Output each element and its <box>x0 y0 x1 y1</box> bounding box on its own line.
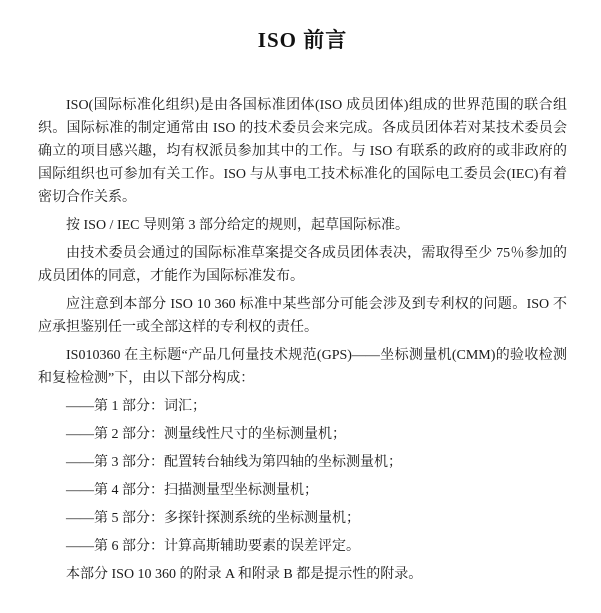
paragraph-series-main-title: IS010360 在主标题“产品几何量技术规范(GPS)——坐标测量机(CMM)… <box>38 344 567 390</box>
paragraph-iso-organization: ISO(国际标准化组织)是由各国标准团体(ISO 成员团体)组成的世界范围的联合… <box>38 94 567 209</box>
list-item-part-3: ——第 3 部分：配置转台轴线为第四轴的坐标测量机； <box>38 451 567 474</box>
document-page: ISO 前言 ISO(国际标准化组织)是由各国标准团体(ISO 成员团体)组成的… <box>0 0 601 613</box>
list-item-part-4: ——第 4 部分：扫描测量型坐标测量机； <box>38 479 567 502</box>
paragraph-directives-rule: 按 ISO / IEC 导则第 3 部分给定的规则，起草国际标准。 <box>38 214 567 237</box>
document-body: ISO(国际标准化组织)是由各国标准团体(ISO 成员团体)组成的世界范围的联合… <box>38 94 567 586</box>
list-item-part-2: ——第 2 部分：测量线性尺寸的坐标测量机； <box>38 423 567 446</box>
paragraph-patent-notice: 应注意到本部分 ISO 10 360 标准中某些部分可能会涉及到专利权的问题。I… <box>38 293 567 339</box>
paragraph-annex-note: 本部分 ISO 10 360 的附录 A 和附录 B 都是提示性的附录。 <box>38 563 567 586</box>
list-item-part-6: ——第 6 部分：计算高斯辅助要素的误差评定。 <box>38 535 567 558</box>
page-title: ISO 前言 <box>38 24 567 54</box>
list-item-part-1: ——第 1 部分：词汇； <box>38 395 567 418</box>
list-item-part-5: ——第 5 部分：多探针探测系统的坐标测量机； <box>38 507 567 530</box>
paragraph-voting-requirement: 由技术委员会通过的国际标准草案提交各成员团体表决，需取得至少 75％参加的成员团… <box>38 242 567 288</box>
